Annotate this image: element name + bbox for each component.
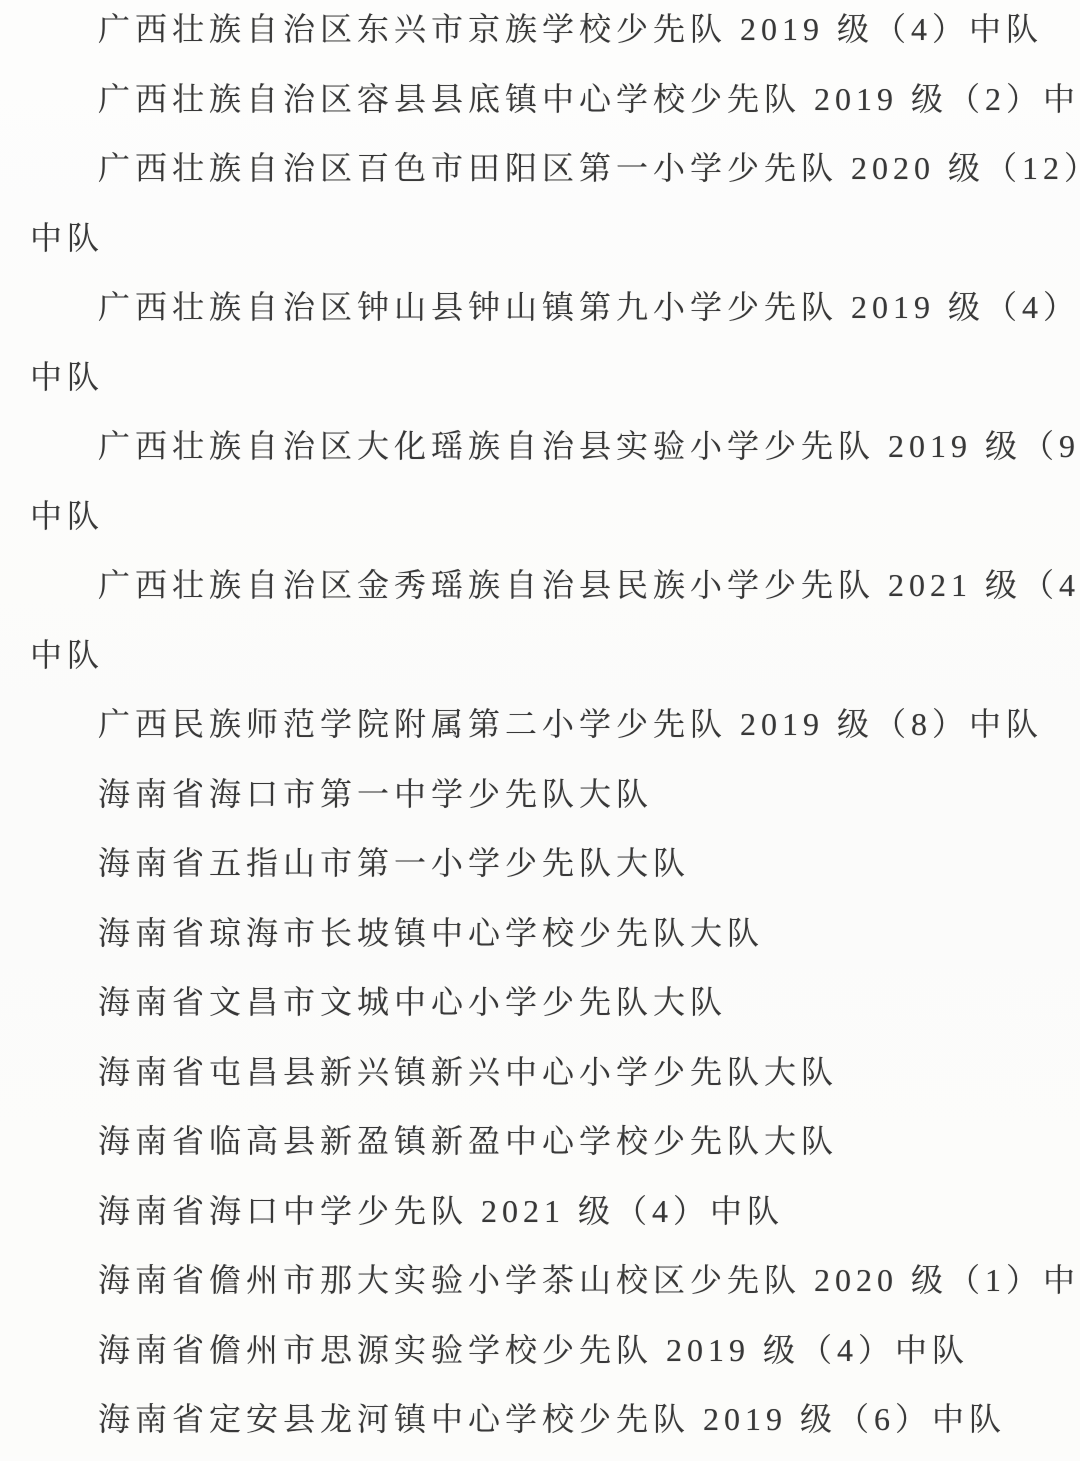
document-line: 中队	[30, 343, 1054, 413]
document-body: 广西壮族自治区东兴市京族学校少先队 2019 级（4）中队广西壮族自治区容县县底…	[0, 0, 1080, 1455]
document-line: 广西民族师范学院附属第二小学少先队 2019 级（8）中队	[30, 690, 1054, 760]
document-page: 广西壮族自治区东兴市京族学校少先队 2019 级（4）中队广西壮族自治区容县县底…	[0, 0, 1080, 1456]
document-line: 海南省临高县新盈镇新盈中心学校少先队大队	[30, 1107, 1054, 1177]
document-line: 广西壮族自治区大化瑶族自治县实验小学少先队 2019 级（9）	[30, 412, 1054, 482]
document-line: 海南省五指山市第一小学少先队大队	[30, 829, 1054, 899]
document-line: 海南省屯昌县新兴镇新兴中心小学少先队大队	[30, 1038, 1054, 1108]
document-line: 海南省文昌市文城中心小学少先队大队	[30, 968, 1054, 1038]
document-line: 海南省海口市第一中学少先队大队	[30, 760, 1054, 830]
document-line: 中队	[30, 621, 1054, 691]
document-line: 广西壮族自治区百色市田阳区第一小学少先队 2020 级（12）	[30, 134, 1054, 204]
document-line: 广西壮族自治区钟山县钟山镇第九小学少先队 2019 级（4）	[30, 273, 1054, 343]
document-line: 中队	[30, 204, 1054, 274]
document-line: 广西壮族自治区容县县底镇中心学校少先队 2019 级（2）中队	[30, 65, 1054, 135]
document-line: 广西壮族自治区金秀瑶族自治县民族小学少先队 2021 级（4）	[30, 551, 1054, 621]
document-line: 广西壮族自治区东兴市京族学校少先队 2019 级（4）中队	[30, 0, 1054, 65]
document-line: 中队	[30, 482, 1054, 552]
document-line: 海南省定安县龙河镇中心学校少先队 2019 级（6）中队	[30, 1385, 1054, 1455]
document-line: 海南省儋州市思源实验学校少先队 2019 级（4）中队	[30, 1316, 1054, 1386]
document-line: 海南省儋州市那大实验小学茶山校区少先队 2020 级（1）中队	[30, 1246, 1054, 1316]
document-line: 海南省海口中学少先队 2021 级（4）中队	[30, 1177, 1054, 1247]
document-line: 海南省琼海市长坡镇中心学校少先队大队	[30, 899, 1054, 969]
